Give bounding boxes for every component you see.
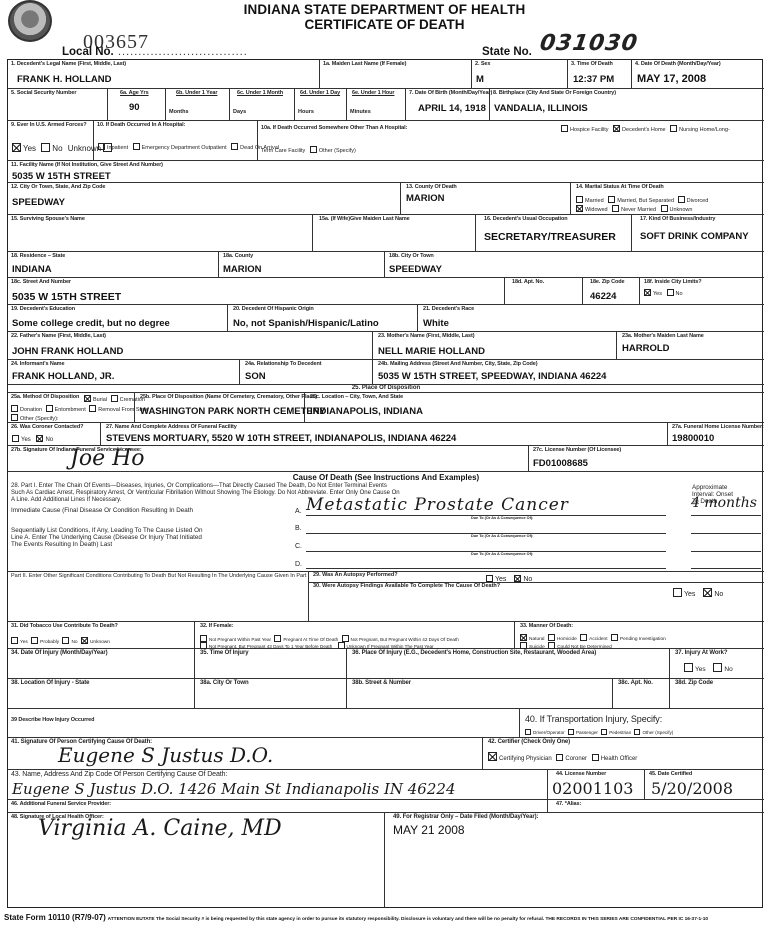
value: JOHN FRANK HOLLAND bbox=[12, 346, 123, 357]
label: 25c. Location – City, Town, And State bbox=[310, 394, 403, 400]
unit: Hours bbox=[298, 109, 314, 115]
label: 18f. Inside City Limits? bbox=[644, 279, 702, 285]
field-place-of-injury[interactable]: 36. Place Of Injury (E.G., Decedent's Ho… bbox=[347, 649, 670, 679]
driver-checkbox[interactable] bbox=[525, 729, 531, 735]
coroner-no-checkbox[interactable] bbox=[36, 435, 43, 442]
field-residence-county[interactable]: 18a. County MARION bbox=[219, 252, 385, 278]
field-hispanic-origin[interactable]: 20. Decedent Of Hispanic Origin No, not … bbox=[228, 305, 418, 332]
field-injury-city[interactable]: 38a. City Or Town bbox=[195, 679, 347, 709]
label: 24a. Relationship To Decedent bbox=[245, 361, 321, 367]
unit: Minutes bbox=[350, 109, 371, 115]
field-residence-city[interactable]: 18b. City Or Town SPEEDWAY bbox=[385, 252, 764, 278]
field-non-hospital-death[interactable]: 10a. If Death Occurred Somewhere Other T… bbox=[258, 121, 764, 161]
part1-instructions: A Line. Add Additional Lines If Necessar… bbox=[11, 497, 121, 503]
label: 18a. County bbox=[223, 253, 253, 259]
field-under-1-day[interactable]: 6d. Under 1 Day Hours bbox=[295, 89, 347, 121]
field-informant-relationship[interactable]: 24a. Relationship To Decedent SON bbox=[240, 360, 373, 385]
value: 19800010 bbox=[672, 433, 714, 444]
cremation-checkbox[interactable] bbox=[111, 395, 118, 402]
accident-checkbox[interactable] bbox=[580, 634, 587, 641]
nursing-home-checkbox[interactable] bbox=[670, 125, 677, 132]
label: 27c. License Number (Of Licensee) bbox=[533, 447, 621, 453]
agency-title: INDIANA STATE DEPARTMENT OF HEALTH bbox=[0, 2, 769, 17]
label: 1. Decedent's Legal Name (First, Middle,… bbox=[11, 61, 126, 67]
field-under-1-month[interactable]: 6c. Under 1 Month Days bbox=[230, 89, 295, 121]
label: 3. Time Of Death bbox=[571, 61, 613, 67]
field-alias[interactable]: 47. *Alias: bbox=[548, 800, 764, 813]
findings-no-checkbox[interactable] bbox=[703, 588, 712, 597]
field-injury-street[interactable]: 38b. Street & Number bbox=[347, 679, 613, 709]
decedents-home-checkbox[interactable] bbox=[613, 125, 620, 132]
option-label: No bbox=[714, 591, 723, 598]
unit: Days bbox=[233, 109, 246, 115]
field-death-county[interactable]: 13. County Of Death MARION bbox=[401, 183, 571, 215]
value: MAY 17, 2008 bbox=[637, 73, 706, 85]
married-separated-checkbox[interactable] bbox=[608, 196, 615, 203]
option-label: Widowed bbox=[585, 207, 608, 213]
line-letter: C. bbox=[295, 543, 302, 550]
value: 5035 W 15TH STREET bbox=[12, 291, 121, 303]
label: 9. Ever In U.S. Armed Forces? bbox=[11, 122, 86, 128]
label: 21. Decedent's Race bbox=[423, 306, 474, 312]
field-ssn[interactable]: 5. Social Security Number bbox=[8, 89, 108, 121]
option-label: Inpatient bbox=[107, 145, 128, 151]
value: INDIANA bbox=[12, 264, 52, 275]
entombment-checkbox[interactable] bbox=[46, 405, 53, 412]
autopsy-label: 29. Was An Autopsy Performed? bbox=[313, 572, 398, 578]
tobacco-no-checkbox[interactable] bbox=[62, 637, 69, 644]
due-to-label: Due To (Or As A Consequence Of): bbox=[471, 516, 533, 520]
line-letter: D. bbox=[295, 561, 302, 568]
value: M bbox=[476, 74, 484, 85]
sequential-label: Line A. Enter The Underlying Cause (Dise… bbox=[11, 534, 202, 541]
cause-line-a-value[interactable]: Metastatic Prostate Cancer bbox=[306, 495, 569, 515]
label: 8. Birthplace (City And State Or Foreign… bbox=[493, 90, 616, 96]
interval-line-a bbox=[691, 515, 761, 516]
part1-instructions: 28. Part I. Enter The Chain Of Events—Di… bbox=[11, 483, 387, 489]
field-mother-name[interactable]: 23. Mother's Name (First, Middle, Last) … bbox=[373, 332, 617, 360]
interval-line-d[interactable] bbox=[691, 568, 761, 569]
label: 11. Facility Name (If Not Institution, G… bbox=[11, 162, 163, 168]
label: 38d. Zip Code bbox=[675, 680, 713, 686]
label: 39 Describe How Injury Occurred bbox=[11, 717, 94, 723]
field-registrar-date-filed[interactable]: 49. For Registrar Only – Date Filed (Mon… bbox=[385, 813, 764, 910]
value: FD01008685 bbox=[533, 458, 588, 469]
field-disposition-place[interactable]: 25b. Place Of Disposition (Name Of Cemet… bbox=[135, 393, 305, 423]
field-injury-apt[interactable]: 38c. Apt. No. bbox=[613, 679, 670, 709]
due-to-label: Due To (Or As A Consequence Of): bbox=[471, 534, 533, 538]
option-label: Yes bbox=[21, 437, 31, 443]
field-injury-at-work[interactable]: 37. Injury At Work? Yes No bbox=[670, 649, 764, 679]
field-health-officer-signature[interactable]: 48. Signature of Local Health Officer: V… bbox=[8, 813, 385, 910]
field-under-1-year[interactable]: 6b. Under 1 Year Months bbox=[166, 89, 230, 121]
field-informant-name[interactable]: 24. Informant's Name FRANK HOLLAND, JR. bbox=[8, 360, 240, 385]
label: 6a. Age Yrs bbox=[120, 90, 149, 96]
document-title: CERTIFICATE OF DEATH bbox=[0, 17, 769, 32]
value: SECRETARY/TREASURER bbox=[484, 231, 616, 243]
pregnancy-unknown-checkbox[interactable] bbox=[338, 642, 345, 649]
other-place-checkbox[interactable] bbox=[310, 146, 317, 153]
place-of-disposition-heading: 25. Place Of Disposition bbox=[8, 385, 764, 393]
signature: Eugene S Justus D.O. bbox=[58, 743, 273, 767]
field-date-certified[interactable]: 45. Date Certified 5/20/2008 bbox=[645, 770, 764, 800]
injury-work-no-checkbox[interactable] bbox=[713, 663, 722, 672]
cause-heading: Cause Of Death (See Instructions And Exa… bbox=[8, 473, 764, 482]
field-education[interactable]: 19. Decedent's Education Some college cr… bbox=[8, 305, 228, 332]
value: INDIANAPOLIS, INDIANA bbox=[310, 406, 423, 417]
label: 19. Decedent's Education bbox=[11, 306, 75, 312]
field-coroner-contacted[interactable]: 26. Was Coroner Contacted? Yes No bbox=[8, 423, 101, 446]
signature: Virginia A. Caine, MD bbox=[38, 816, 282, 841]
passenger-checkbox[interactable] bbox=[568, 729, 574, 735]
value: STEVENS MORTUARY, 5520 W 10TH STREET, IN… bbox=[106, 433, 456, 444]
field-disposition-method[interactable]: 25a. Method Of Disposition Burial Cremat… bbox=[8, 393, 135, 423]
other-transport-checkbox[interactable] bbox=[634, 729, 640, 735]
label: 23a. Mother's Maiden Last Name bbox=[622, 333, 704, 339]
label: 38b. Street & Number bbox=[352, 680, 411, 686]
label: 37. Injury At Work? bbox=[675, 650, 727, 656]
option-label: Term Care Facility bbox=[261, 148, 305, 154]
field-injury-zip[interactable]: 38d. Zip Code bbox=[670, 679, 764, 709]
option-label: Never Married bbox=[621, 207, 656, 213]
value: White bbox=[423, 318, 449, 329]
field-age-years[interactable]: 6a. Age Yrs 90 bbox=[108, 89, 166, 121]
field-marital-status[interactable]: 14. Marital Status At Time Of Death Marr… bbox=[571, 183, 764, 215]
label: 5. Social Security Number bbox=[11, 90, 76, 96]
value: 02001103 bbox=[552, 779, 633, 798]
option-label: Unknown bbox=[670, 207, 693, 213]
label: 33. Manner Of Death: bbox=[520, 623, 573, 629]
armed-forces-yes-checkbox[interactable] bbox=[12, 143, 21, 152]
value: 5035 W 15TH STREET, SPEEDWAY, INDIANA 46… bbox=[378, 371, 606, 382]
field-tobacco-use[interactable]: 31. Did Tobacco Use Contribute To Death?… bbox=[8, 622, 195, 649]
label: 16. Decedent's Usual Occupation bbox=[484, 216, 568, 222]
pregnant-at-death-checkbox[interactable] bbox=[274, 635, 281, 642]
option-label: Emergency Department Outpatient bbox=[142, 145, 227, 151]
label: 24b. Mailing Address (Street And Number,… bbox=[378, 361, 537, 367]
certifying-physician-checkbox[interactable] bbox=[488, 752, 497, 761]
label: 22. Father's Name (First, Middle, Last) bbox=[11, 333, 106, 339]
tobacco-probably-checkbox[interactable] bbox=[31, 637, 38, 644]
inpatient-checkbox[interactable] bbox=[98, 143, 105, 150]
field-injury-description[interactable]: 39 Describe How Injury Occurred bbox=[8, 709, 520, 738]
value: VANDALIA, ILLINOIS bbox=[494, 103, 588, 114]
field-father-name[interactable]: 22. Father's Name (First, Middle, Last) … bbox=[8, 332, 252, 360]
label: 38a. City Or Town bbox=[200, 680, 249, 686]
dead-on-arrival-checkbox[interactable] bbox=[231, 143, 238, 150]
value: 5035 W 15TH STREET bbox=[12, 171, 111, 182]
death-certificate-form: 1. Decedent's Legal Name (First, Middle,… bbox=[7, 59, 763, 909]
option-label: Married bbox=[585, 198, 604, 204]
option-label: Yes bbox=[695, 666, 706, 673]
label: 6e. Under 1 Hour bbox=[352, 90, 394, 96]
sequential-label: Sequentially List Conditions, If Any, Le… bbox=[11, 527, 202, 534]
field-time-of-death[interactable]: 3. Time Of Death 12:37 PM bbox=[568, 60, 632, 89]
heading-text: 25. Place Of Disposition bbox=[8, 385, 764, 391]
signature: Joe Ho bbox=[70, 446, 145, 471]
label: 45. Date Certified bbox=[649, 771, 692, 777]
label: 18c. Street And Number bbox=[11, 279, 71, 285]
burial-checkbox[interactable] bbox=[84, 395, 91, 402]
emergency-outpatient-checkbox[interactable] bbox=[133, 143, 140, 150]
field-race[interactable]: 21. Decedent's Race White bbox=[418, 305, 764, 332]
option-label: Driver/Operator bbox=[533, 730, 565, 735]
option-label: Yes bbox=[653, 291, 662, 297]
field-certifier-signature[interactable]: 41. Signature Of Person Certifying Cause… bbox=[8, 738, 483, 770]
pregnant-42-days-checkbox[interactable] bbox=[342, 635, 349, 642]
pedestrian-checkbox[interactable] bbox=[601, 729, 607, 735]
label: 34. Date Of Injury (Month/Day/Year) bbox=[11, 650, 108, 656]
field-inside-city-limits[interactable]: 18f. Inside City Limits? Yes No bbox=[640, 278, 764, 305]
field-transportation-injury[interactable]: 40. If Transportation Injury, Specify: D… bbox=[520, 709, 764, 738]
option-label: Pedestrian bbox=[609, 730, 631, 735]
label: 25b. Place Of Disposition (Name Of Cemet… bbox=[140, 394, 317, 400]
field-funeral-home-license[interactable]: 27a. Funeral Home License Number: 198000… bbox=[668, 423, 764, 446]
interval-line-b[interactable] bbox=[691, 533, 761, 534]
value: MARION bbox=[223, 264, 262, 275]
option-label: Yes bbox=[684, 591, 695, 598]
label: 20. Decedent Of Hispanic Origin bbox=[233, 306, 314, 312]
never-married-checkbox[interactable] bbox=[612, 205, 619, 212]
option-label: No bbox=[45, 437, 53, 443]
field-funeral-facility[interactable]: 27. Name And Complete Address Of Funeral… bbox=[101, 423, 437, 446]
option-label: Unknown bbox=[90, 640, 110, 645]
cause-of-death-section: Cause Of Death (See Instructions And Exa… bbox=[8, 472, 764, 622]
findings-yes-checkbox[interactable] bbox=[673, 588, 682, 597]
value: SOFT DRINK COMPANY bbox=[640, 231, 749, 242]
value: Eugene S Justus D.O. 1426 Main St Indian… bbox=[12, 780, 455, 798]
label: 38. Location Of Injury - State bbox=[11, 680, 89, 686]
option-label: No bbox=[52, 144, 62, 153]
field-spouse-name[interactable]: 15. Surviving Spouse's Name bbox=[8, 215, 313, 252]
option-label: Donation bbox=[20, 407, 42, 413]
label: 46. Additional Funeral Service Provider: bbox=[11, 801, 111, 807]
undetermined-checkbox[interactable] bbox=[548, 642, 555, 649]
field-spouse-maiden[interactable]: 15a. (If Wife)Give Maiden Last Name bbox=[313, 215, 476, 252]
label: 14. Marital Status At Time Of Death bbox=[576, 184, 664, 190]
field-licensee-number[interactable]: 27c. License Number (Of Licensee) FD0100… bbox=[529, 446, 764, 472]
value: Some college credit, but no degree bbox=[12, 318, 170, 329]
value: FRANK HOLLAND, JR. bbox=[12, 371, 114, 382]
health-officer-checkbox[interactable] bbox=[592, 754, 599, 761]
label: 26. Was Coroner Contacted? bbox=[11, 424, 83, 430]
label: 2. Sex bbox=[475, 61, 490, 67]
line-letter: A. bbox=[295, 508, 302, 515]
label: 6d. Under 1 Day bbox=[300, 90, 340, 96]
option-label: No bbox=[71, 640, 77, 645]
field-maiden-name[interactable]: 1a. Maiden Last Name (If Female) bbox=[320, 60, 472, 89]
hospice-checkbox[interactable] bbox=[561, 125, 568, 132]
field-disposition-location[interactable]: 25c. Location – City, Town, And State IN… bbox=[305, 393, 764, 423]
field-residence-street[interactable]: 18c. Street And Number 5035 W 15TH STREE… bbox=[8, 278, 505, 305]
injury-work-yes-checkbox[interactable] bbox=[684, 663, 693, 672]
field-manner-of-death[interactable]: 33. Manner Of Death: Natural Homicide Ac… bbox=[515, 622, 764, 649]
married-checkbox[interactable] bbox=[576, 196, 583, 203]
label: 36. Place Of Injury (E.G., Decedent's Ho… bbox=[352, 650, 596, 656]
field-residence-state[interactable]: 18. Residence – State INDIANA bbox=[8, 252, 219, 278]
field-date-of-death[interactable]: 4. Date Of Death (Month/Day/Year) MAY 17… bbox=[632, 60, 764, 89]
field-hospital-death[interactable]: 10. If Death Occurred In A Hospital: Inp… bbox=[94, 121, 258, 161]
confidentiality-notice: ATTENTION EUTATE The Social Security # i… bbox=[108, 917, 708, 922]
field-injury-state[interactable]: 38. Location Of Injury - State bbox=[8, 679, 195, 709]
label: 23. Mother's Name (First, Middle, Last) bbox=[378, 333, 474, 339]
autopsy-findings-label: 30. Were Autopsy Findings Available To C… bbox=[313, 583, 500, 589]
label: 44. License Number bbox=[556, 771, 606, 777]
value: NELL MARIE HOLLAND bbox=[378, 346, 485, 357]
value: SON bbox=[245, 371, 266, 382]
option-label: Passenger bbox=[576, 730, 598, 735]
field-apt-no[interactable]: 18d. Apt. No. bbox=[505, 278, 583, 305]
label: 18e. Zip Code bbox=[590, 279, 624, 285]
option-label: Coroner bbox=[565, 756, 587, 762]
suicide-checkbox[interactable] bbox=[520, 642, 527, 649]
label: 27a. Funeral Home License Number: bbox=[672, 424, 764, 430]
field-facility-name[interactable]: 11. Facility Name (If Not Institution, G… bbox=[8, 161, 764, 183]
value: SPEEDWAY bbox=[389, 264, 442, 275]
funeral-facility-extension bbox=[437, 423, 668, 446]
field-business[interactable]: 17. Kind Of Business/Industry SOFT DRINK… bbox=[632, 215, 764, 252]
value: No, not Spanish/Hispanic/Latino bbox=[233, 318, 379, 329]
field-decedent-name[interactable]: 1. Decedent's Legal Name (First, Middle,… bbox=[8, 60, 320, 89]
sequential-label: The Events Resulting In Death) Last bbox=[11, 541, 112, 548]
cause-line-a-interval[interactable]: 4 months bbox=[691, 495, 757, 511]
label: 6c. Under 1 Month bbox=[237, 90, 283, 96]
field-birthplace[interactable]: 8. Birthplace (City And State Or Foreign… bbox=[490, 89, 764, 121]
line-letter: B. bbox=[295, 525, 302, 532]
option-label: Other (Specify) bbox=[642, 730, 673, 735]
other-disposition-checkbox[interactable] bbox=[11, 414, 18, 421]
city-limits-no-checkbox[interactable] bbox=[667, 289, 674, 296]
interval-line-c[interactable] bbox=[691, 551, 761, 552]
local-number-label: Local No. bbox=[62, 46, 114, 58]
pregnant-43-days-checkbox[interactable] bbox=[200, 642, 207, 649]
divider bbox=[308, 571, 309, 622]
homicide-checkbox[interactable] bbox=[548, 634, 555, 641]
label: 15. Surviving Spouse's Name bbox=[11, 216, 85, 222]
unit: Months bbox=[169, 109, 189, 115]
value: 46224 bbox=[590, 291, 616, 302]
value: 5/20/2008 bbox=[651, 779, 733, 798]
option-label: Probably bbox=[40, 640, 59, 645]
label: 18b. City Or Town bbox=[389, 253, 434, 259]
option-label: Decedent's Home bbox=[622, 127, 666, 133]
state-number-value: 031030 bbox=[538, 31, 639, 56]
label: 40. If Transportation Injury, Specify: bbox=[525, 714, 662, 724]
footer: State Form 10110 (R7/9-07) ATTENTION EUT… bbox=[4, 913, 708, 922]
field-additional-funeral-provider[interactable]: 46. Additional Funeral Service Provider: bbox=[8, 800, 548, 813]
label: 4. Date Of Death (Month/Day/Year) bbox=[635, 61, 721, 67]
field-date-of-birth[interactable]: 7. Date Of Birth (Month/Day/Year) APRIL … bbox=[406, 89, 490, 121]
not-pregnant-checkbox[interactable] bbox=[200, 635, 207, 642]
field-funeral-licensee-signature[interactable]: 27b. Signature Of Indiana Funeral Servic… bbox=[8, 446, 529, 472]
label: 12. City Or Town, State, And Zip Code bbox=[11, 184, 105, 190]
option-label: Married, But Separated bbox=[617, 198, 674, 204]
value: MARION bbox=[406, 193, 445, 204]
label: 31. Did Tobacco Use Contribute To Death? bbox=[11, 623, 118, 629]
label: 15a. (If Wife)Give Maiden Last Name bbox=[319, 216, 410, 222]
option-label: Other (Specify): bbox=[20, 416, 59, 422]
label: 1a. Maiden Last Name (If Female) bbox=[323, 61, 406, 67]
cause-line-d[interactable] bbox=[306, 568, 666, 569]
coroner-checkbox[interactable] bbox=[556, 754, 563, 761]
field-death-city[interactable]: 12. City Or Town, State, And Zip Code SP… bbox=[8, 183, 401, 215]
label: 49. For Registrar Only – Date Filed (Mon… bbox=[393, 814, 538, 820]
unknown-marital-checkbox[interactable] bbox=[661, 205, 668, 212]
father-name-extension bbox=[252, 332, 373, 360]
donation-checkbox[interactable] bbox=[11, 405, 18, 412]
field-mother-maiden[interactable]: 23a. Mother's Maiden Last Name HARROLD bbox=[617, 332, 764, 360]
field-time-of-injury[interactable]: 35. Time Of Injury bbox=[195, 649, 347, 679]
immediate-cause-label: Immediate Cause (Final Disease Or Condit… bbox=[11, 507, 193, 514]
label: 17. Kind Of Business/Industry bbox=[640, 216, 715, 222]
pending-investigation-checkbox[interactable] bbox=[611, 634, 618, 641]
part2-label[interactable]: Part II. Enter Other Significant Conditi… bbox=[11, 573, 309, 579]
local-number-dots: ................................ bbox=[118, 46, 248, 58]
option-label: Pending Investigation bbox=[620, 637, 666, 642]
label: 27. Name And Complete Address Of Funeral… bbox=[106, 424, 237, 430]
label: 13. County Of Death bbox=[406, 184, 457, 190]
label: 43. Name, Address And Zip Code Of Person… bbox=[11, 771, 227, 778]
coroner-yes-checkbox[interactable] bbox=[12, 435, 19, 442]
field-sex[interactable]: 2. Sex M bbox=[472, 60, 568, 89]
value: SPEEDWAY bbox=[12, 197, 65, 208]
divorced-checkbox[interactable] bbox=[678, 196, 685, 203]
label: 38c. Apt. No. bbox=[618, 680, 653, 686]
label: 24. Informant's Name bbox=[11, 361, 64, 367]
field-informant-address[interactable]: 24b. Mailing Address (Street And Number,… bbox=[373, 360, 764, 385]
option-label: Hospice Facility bbox=[570, 127, 609, 133]
field-certifier-type[interactable]: 42. Certifier (Check Only One) Certifyin… bbox=[483, 738, 764, 770]
field-occupation[interactable]: 16. Decedent's Usual Occupation SECRETAR… bbox=[476, 215, 632, 252]
label: 7. Date Of Birth (Month/Day/Year) bbox=[409, 90, 492, 96]
label: 6b. Under 1 Year bbox=[176, 90, 217, 96]
autopsy-yes-checkbox[interactable] bbox=[486, 575, 493, 582]
widowed-checkbox[interactable] bbox=[576, 205, 583, 212]
state-number-label: State No. bbox=[482, 46, 532, 58]
field-date-of-injury[interactable]: 34. Date Of Injury (Month/Day/Year) bbox=[8, 649, 195, 679]
option-label: Entombment bbox=[55, 407, 86, 413]
due-to-label: Due To (Or As A Consequence Of): bbox=[471, 552, 533, 556]
option-label: Yes bbox=[20, 640, 28, 645]
autopsy-no-checkbox[interactable] bbox=[514, 575, 521, 582]
removal-from-state-checkbox[interactable] bbox=[89, 405, 96, 412]
city-limits-yes-checkbox[interactable] bbox=[644, 289, 651, 296]
natural-checkbox[interactable] bbox=[520, 634, 527, 641]
option-label: No bbox=[724, 666, 732, 673]
option-label: Health Officer bbox=[601, 756, 638, 762]
value: FRANK H. HOLLAND bbox=[17, 74, 111, 85]
field-certifier-address[interactable]: 43. Name, Address And Zip Code Of Person… bbox=[8, 770, 548, 800]
interval-label: Approximate bbox=[692, 484, 727, 491]
label: 10. If Death Occurred In A Hospital: bbox=[97, 122, 185, 128]
field-zip-code[interactable]: 18e. Zip Code 46224 bbox=[583, 278, 640, 305]
value: 12:37 PM bbox=[573, 74, 614, 85]
field-license-number[interactable]: 44. License Number 02001103 bbox=[548, 770, 645, 800]
field-if-female[interactable]: 32. If Female: Not Pregnant Within Past … bbox=[195, 622, 515, 649]
value: MAY 21 2008 bbox=[393, 823, 465, 837]
label: 18d. Apt. No. bbox=[512, 279, 544, 285]
label: 35. Time Of Injury bbox=[200, 650, 248, 656]
armed-forces-no-checkbox[interactable] bbox=[41, 143, 50, 152]
label: 42. Certifier (Check Only One) bbox=[488, 739, 570, 745]
label: 32. If Female: bbox=[200, 623, 233, 629]
field-under-1-hour[interactable]: 6e. Under 1 Hour Minutes bbox=[347, 89, 406, 121]
field-armed-forces[interactable]: 9. Ever In U.S. Armed Forces? Yes No Unk… bbox=[8, 121, 94, 161]
value: 90 bbox=[129, 102, 140, 113]
option-label: No bbox=[676, 291, 683, 297]
tobacco-unknown-checkbox[interactable] bbox=[81, 637, 88, 644]
tobacco-yes-checkbox[interactable] bbox=[11, 637, 18, 644]
